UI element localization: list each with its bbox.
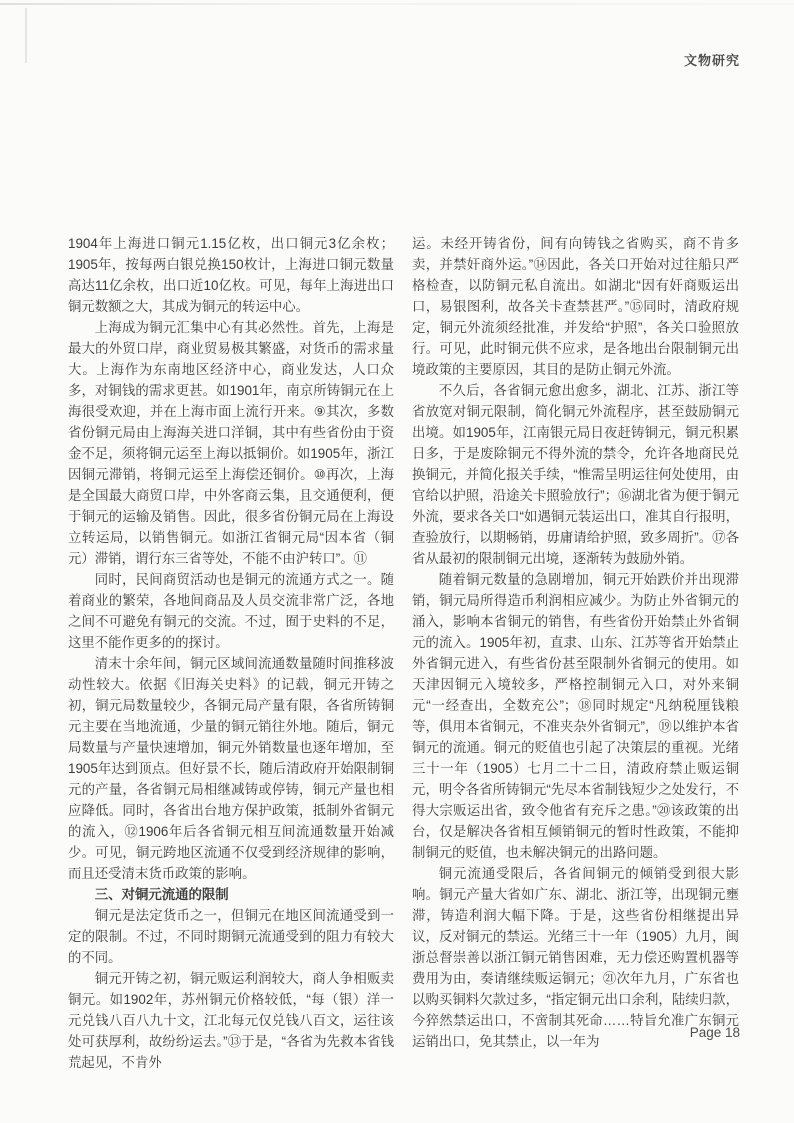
paragraph-circulation-fluctuation: 清末十余年间，铜元区域间流通数量随时间推移波动性较大。依据《旧海关史料》的记载，… [68, 653, 394, 884]
paragraph-early-minting: 铜元开铸之初，铜元贩运利润较大，商人争相贩卖铜元。如1902年，苏州铜元价格较低… [68, 968, 394, 1073]
page-number: Page 18 [690, 1025, 740, 1040]
right-column: 运。未经开铸省份，间有向铸钱之省购买，商不肯多卖，并禁奸商外运。”⑭因此，各关口… [412, 233, 739, 1052]
scan-edge-left [25, 8, 27, 63]
paragraph-objections: 铜元流通受限后，各省间铜元的倾销受到很大影响。铜元产量大省如广东、湖北、浙江等，… [412, 863, 739, 1052]
left-column: 1904年上海进口铜元1.15亿枚，出口铜元3亿余枚；1905年，按每两白银兑换… [68, 233, 394, 1073]
paragraph-continuation: 1904年上海进口铜元1.15亿枚，出口铜元3亿余枚；1905年，按每两白银兑换… [68, 233, 394, 317]
journal-header: 文物研究 [684, 50, 740, 69]
paragraph-depreciation: 随着铜元数量的急剧增加，铜元开始跌价并出现滞销，铜元局所得造币利润相应减少。为防… [412, 569, 739, 863]
paragraph-relaxed-restrictions: 不久后，各省铜元愈出愈多，湖北、江苏、浙江等省放宽对铜元限制，简化铜元外流程序，… [412, 380, 739, 569]
paragraph-shanghai-hub: 上海成为铜元汇集中心有其必然性。首先，上海是最大的外贸口岸，商业贸易极其繁盛，对… [68, 317, 394, 569]
section-heading: 三、对铜元流通的限制 [68, 884, 394, 905]
scan-edge-top [0, 3, 794, 5]
paragraph-civilian-trade: 同时，民间商贸活动也是铜元的流通方式之一。随着商业的繁荣，各地间商品及人员交流非… [68, 569, 394, 653]
paragraph-legal-tender: 铜元是法定货币之一，但铜元在地区间流通受到一定的限制。不过，不同时期铜元流通受到… [68, 905, 394, 968]
paragraph-continuation: 运。未经开铸省份，间有向铸钱之省购买，商不肯多卖，并禁奸商外运。”⑭因此，各关口… [412, 233, 739, 380]
